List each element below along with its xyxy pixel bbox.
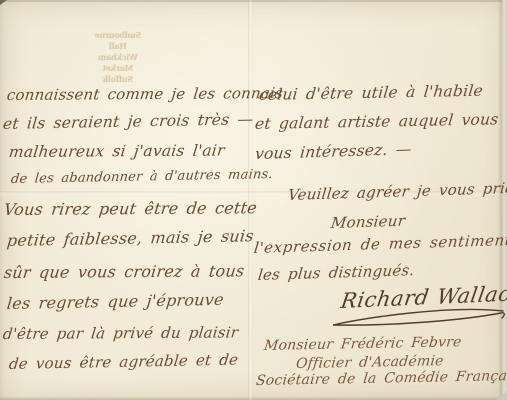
handwritten-line: Monsieur (330, 212, 406, 232)
stamp-line: Wickham Market (86, 52, 150, 74)
handwritten-line: malheureux si j'avais l'air (8, 141, 226, 161)
stamp-line: Sudbourne Hall (86, 30, 150, 52)
scan-corner-bottom-right (496, 391, 507, 400)
handwritten-line: sûr que vous croirez à tous (3, 261, 246, 282)
scan-corner-top-left (0, 0, 7, 5)
stamp-line: Suffolk (86, 74, 150, 85)
handwritten-line: connaissent comme je les connais (6, 84, 284, 104)
paper-edge-top (0, 0, 507, 2)
embossed-letterhead-stamp: Sudbourne Hall Wickham Market Suffolk (86, 30, 150, 85)
paper-edge-bottom (0, 396, 507, 400)
handwritten-line: d'être par là privé du plaisir (2, 323, 239, 343)
paper-edge-right (498, 0, 507, 400)
letter-scan: Sudbourne Hall Wickham Market Suffolk co… (0, 0, 507, 400)
handwritten-line: Vous rirez peut être de cette (3, 198, 258, 219)
signature-flourish (330, 305, 507, 331)
